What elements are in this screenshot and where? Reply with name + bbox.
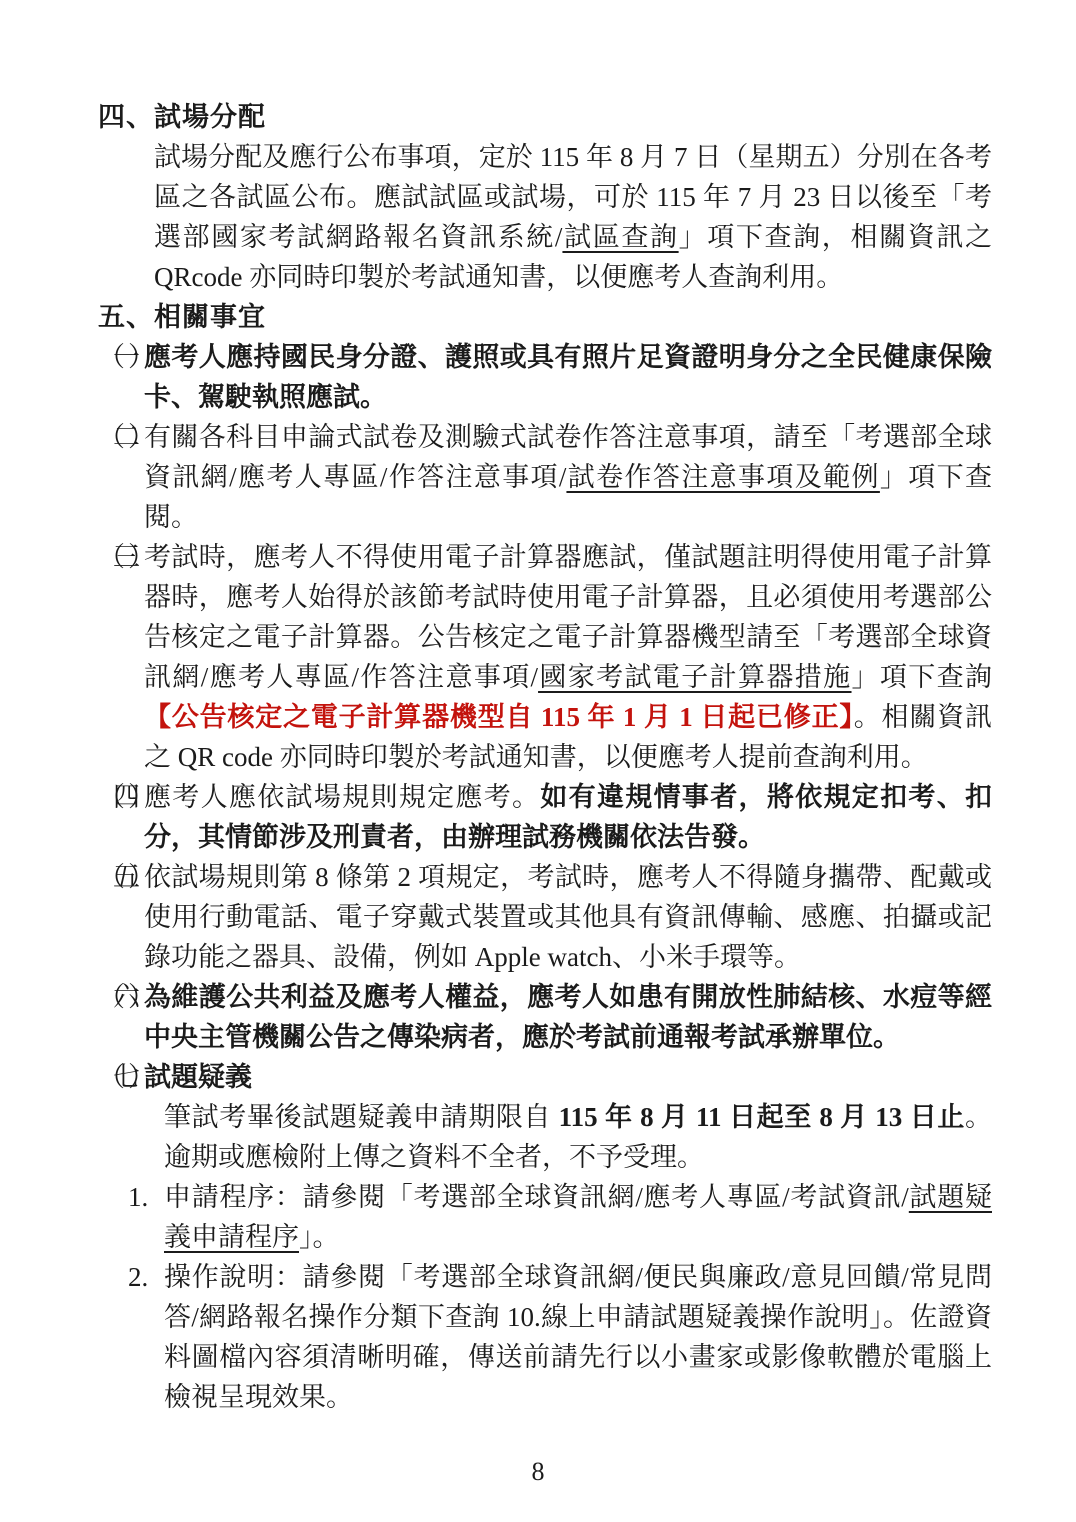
item-label: （一） [98,337,144,377]
bold-text: 應考人應持國民身分證、護照或具有照片足資證明身分之全民健康保險卡、駕駛執照應試。 [144,342,992,412]
list-item-2: （二）有關各科目申論式試卷及測驗式試卷作答注意事項，請至「考選部全球資訊網/應考… [98,417,992,537]
page-number: 8 [0,1452,1076,1492]
underlined-reference-text: 試卷作答注意事項及範例 [566,462,879,492]
text-run: 應考人應依試場規則規定應考。 [144,782,540,812]
list-item-5: （五）依試場規則第 8 條第 2 項規定，考試時，應考人不得隨身攜帶、配戴或使用… [98,857,992,977]
list-item-6: （六）為維護公共利益及應考人權益，應考人如患有開放性肺結核、水痘等經中央主管機關… [98,977,992,1057]
section-5-heading: 五、相關事宜 [98,297,992,337]
item-label: （七） [98,1057,144,1097]
list-item-4: （四）應考人應依試場規則規定應考。如有違規情事者，將依規定扣考、扣分，其情節涉及… [98,777,992,857]
item-7-paragraph: 筆試考畢後試題疑義申請期限自 115 年 8 月 11 日起至 8 月 13 日… [164,1097,992,1177]
underlined-reference-text: 國家考試電子計算器措施 [538,662,851,692]
numbered-item-label: 1. [128,1177,148,1217]
text-run: 操作說明：請參閱「考選部全球資訊網/便民與廉政/意見回饋/常見問答/網路報名操作… [164,1262,992,1412]
list-item-3: （三）考試時，應考人不得使用電子計算器應試，僅試題註明得使用電子計算器時，應考人… [98,537,992,777]
numbered-item-2: 2.操作說明：請參閱「考選部全球資訊網/便民與廉政/意見回饋/常見問答/網路報名… [98,1257,992,1417]
item-label: （四） [98,777,144,817]
bold-text: 為維護公共利益及應考人權益，應考人如患有開放性肺結核、水痘等經中央主管機關公告之… [144,982,992,1052]
item-label: （二） [98,417,144,457]
underlined-reference-text: 試區查詢 [562,222,678,252]
section-4-paragraph: 試場分配及應行公布事項，定於 115 年 8 月 7 日（星期五）分別在各考區之… [154,137,992,297]
item-7-title: 試題疑義 [144,1062,252,1092]
text-run: 」。 [299,1222,340,1252]
document-page: 四、試場分配 試場分配及應行公布事項，定於 115 年 8 月 7 日（星期五）… [98,97,992,1417]
numbered-item-label: 2. [128,1257,148,1297]
list-item-7: （七）試題疑義 [98,1057,992,1097]
item-label: （三） [98,537,144,577]
section-4-heading: 四、試場分配 [98,97,992,137]
item-label: （五） [98,857,144,897]
item-label: （六） [98,977,144,1017]
text-run: 申請程序：請參閱「考選部全球資訊網/應考人專區/考試資訊/ [164,1182,909,1212]
text-run: 依試場規則第 8 條第 2 項規定，考試時，應考人不得隨身攜帶、配戴或使用行動電… [144,862,992,972]
numbered-item-1: 1.申請程序：請參閱「考選部全球資訊網/應考人專區/考試資訊/試題疑義申請程序」… [98,1177,992,1257]
text-run: 筆試考畢後試題疑義申請期限自 [164,1102,559,1132]
list-item-1: （一）應考人應持國民身分證、護照或具有照片足資證明身分之全民健康保險卡、駕駛執照… [98,337,992,417]
bold-text: 115 年 8 月 11 日起至 8 月 13 日止 [559,1102,965,1132]
red-notice-text: 【公告核定之電子計算器機型自 115 年 1 月 1 日起已修正】 [144,702,854,732]
text-run: 」項下查詢 [852,662,992,692]
